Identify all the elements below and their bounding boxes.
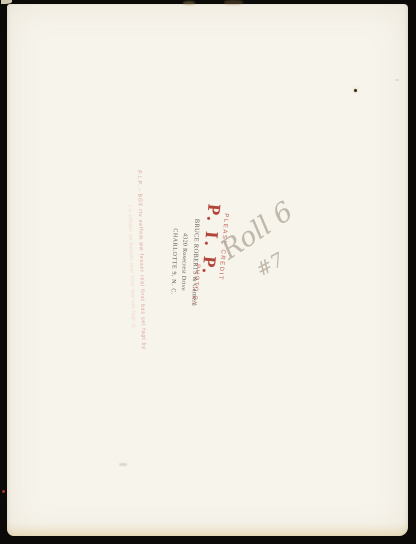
gray-smudge [119, 463, 127, 466]
faded-pip-box-stamp-line: P.I.P. - BOX rtv seffnm ww fesser real f… [136, 170, 147, 350]
scanned-photo-back: P.I.P. - BOX rtv seffnm ww fesser real f… [0, 0, 416, 544]
photo-paper: P.I.P. - BOX rtv seffnm ww fesser real f… [7, 4, 408, 536]
dark-speck [354, 89, 357, 92]
faint-speck [395, 79, 399, 81]
red-ink-speck [2, 490, 5, 493]
illegible-faded-stamp-line: t s effiner as besser real first law vat… [127, 205, 136, 329]
top-edge-smudge [183, 1, 195, 5]
bottom-edge-aging-tint [7, 522, 408, 536]
top-edge-smudge [224, 0, 243, 5]
handwritten-frame-number: #7 [252, 249, 287, 282]
